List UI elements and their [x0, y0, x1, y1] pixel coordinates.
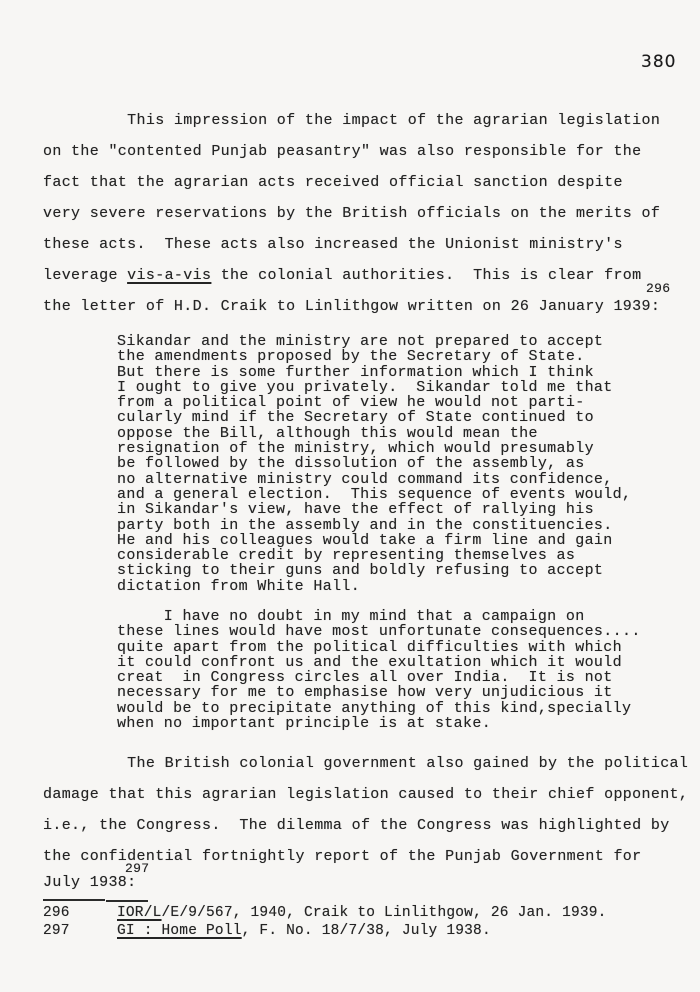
footnote-source-underlined: IOR/L	[117, 905, 162, 921]
block-quote-1-lines: Sikandar and the ministry are not prepar…	[117, 334, 631, 594]
footnote-ref-297: 297	[125, 862, 149, 875]
text-line: be followed by the dissolution of the as…	[117, 456, 631, 471]
text-line: But there is some further information wh…	[117, 365, 631, 380]
text-line: the amendments proposed by the Secretary…	[117, 349, 631, 364]
text-line: i.e., the Congress. The dilemma of the C…	[43, 810, 688, 841]
text-line-vis-a-vis: leverage vis-a-vis the colonial authorit…	[43, 260, 660, 291]
footnote-296: 296IOR/L/E/9/567, 1940, Craik to Linlith…	[43, 905, 607, 923]
footnote-text: , F. No. 18/7/38, July 1938.	[242, 923, 491, 939]
page-number: 380	[641, 52, 676, 72]
text-line: quite apart from the political difficult…	[117, 640, 641, 655]
text-line: cularly mind if the Secretary of State c…	[117, 410, 631, 425]
footnote-source-underlined: GI : Home Poll	[117, 923, 242, 939]
footnote-number: 297	[43, 923, 117, 941]
text-line: and a general election. This sequence of…	[117, 487, 631, 502]
text-line: creat in Congress circles all over India…	[117, 670, 641, 685]
text-line: no alternative ministry could command it…	[117, 472, 631, 487]
underlined-term-vis-a-vis: vis-a-vis	[127, 267, 211, 284]
text-line: from a political point of view he would …	[117, 395, 631, 410]
footnote-ref-296: 296	[646, 282, 670, 295]
text-line: these acts. These acts also increased th…	[43, 229, 660, 260]
text-line: the letter of H.D. Craik to Linlithgow w…	[43, 291, 660, 322]
text-line: necessary for me to emphasise how very u…	[117, 685, 641, 700]
paragraph-2-lines: The British colonial government also gai…	[43, 748, 688, 872]
text-line: This impression of the impact of the agr…	[43, 105, 660, 136]
paragraph-2: The British colonial government also gai…	[43, 748, 688, 898]
text-line: very severe reservations by the British …	[43, 198, 660, 229]
text-line: damage that this agrarian legislation ca…	[43, 779, 688, 810]
footnotes: 296IOR/L/E/9/567, 1940, Craik to Linlith…	[43, 905, 607, 940]
text-line: fact that the agrarian acts received off…	[43, 167, 660, 198]
paragraph-1-lines: This impression of the impact of the agr…	[43, 105, 660, 260]
rule-dash	[43, 899, 105, 901]
text-line: would be to precipitate anything of this…	[117, 701, 641, 716]
document-page: 380 This impression of the impact of the…	[0, 0, 700, 992]
text-segment: leverage	[43, 267, 127, 284]
text-line: party both in the assembly and in the co…	[117, 518, 631, 533]
text-line: The British colonial government also gai…	[43, 748, 688, 779]
block-quote-2-lines: I have no doubt in my mind that a campai…	[117, 609, 641, 731]
block-quote-2: I have no doubt in my mind that a campai…	[117, 609, 641, 731]
footnote-297: 297GI : Home Poll, F. No. 18/7/38, July …	[43, 923, 607, 941]
text-line: in Sikandar's view, have the effect of r…	[117, 502, 631, 517]
block-quote-1: Sikandar and the ministry are not prepar…	[117, 334, 631, 594]
text-line: when no important principle is at stake.	[117, 716, 641, 731]
text-line: He and his colleagues would take a firm …	[117, 533, 631, 548]
footnote-separator-rule	[43, 898, 153, 903]
text-line: these lines would have most unfortunate …	[117, 624, 641, 639]
footnote-text: /E/9/567, 1940, Craik to Linlithgow, 26 …	[162, 905, 607, 921]
paragraph-1: This impression of the impact of the agr…	[43, 105, 660, 322]
text-line: Sikandar and the ministry are not prepar…	[117, 334, 631, 349]
text-line: considerable credit by representing them…	[117, 548, 631, 563]
text-line: oppose the Bill, although this would mea…	[117, 426, 631, 441]
text-line: resignation of the ministry, which would…	[117, 441, 631, 456]
text-line: it could confront us and the exultation …	[117, 655, 641, 670]
rule-dash	[106, 900, 148, 902]
text-line: I ought to give you privately. Sikandar …	[117, 380, 631, 395]
footnote-number: 296	[43, 905, 117, 923]
text-line: I have no doubt in my mind that a campai…	[117, 609, 641, 624]
text-line: sticking to their guns and boldly refusi…	[117, 563, 631, 578]
text-segment: the colonial authorities. This is clear …	[211, 267, 641, 284]
text-line: on the "contented Punjab peasantry" was …	[43, 136, 660, 167]
text-line: dictation from White Hall.	[117, 579, 631, 594]
